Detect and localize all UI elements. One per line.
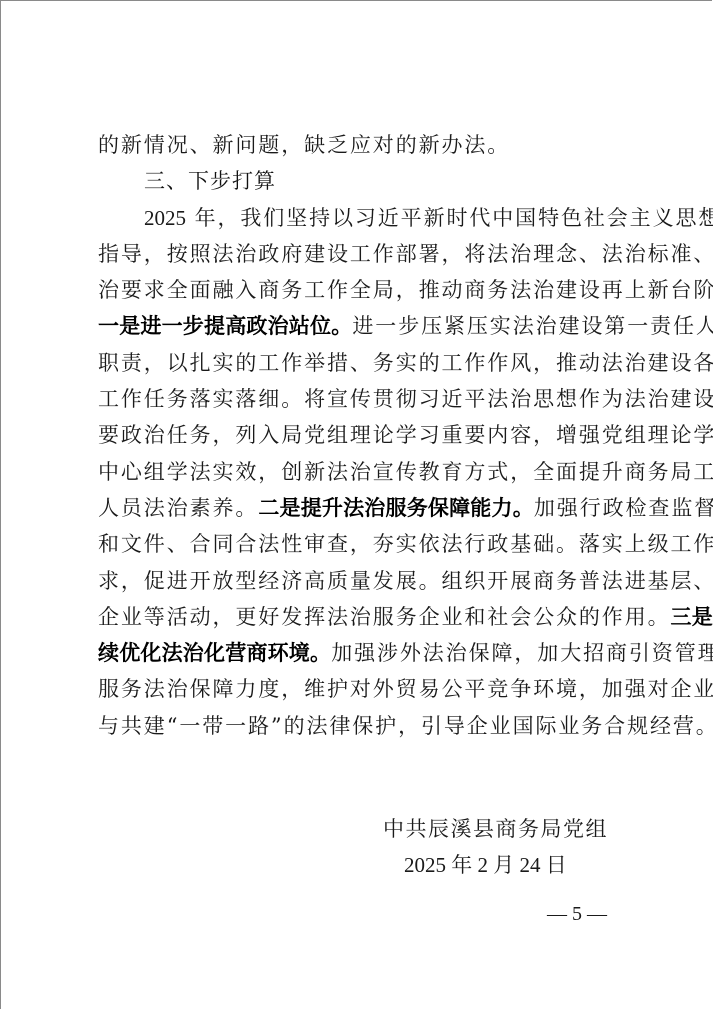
text-run: 人员法治素养。 [98, 496, 258, 520]
text-line: 服务法治保障力度，维护对外贸易公平竞争环境，加强对企业参 [98, 671, 614, 707]
text-run: 加强涉外法治保障，加大招商引资管理 [331, 641, 713, 665]
text-run: 工作任务落实落细。将宣传贯彻习近平法治思想作为法治建设首 [98, 387, 713, 411]
document-page: 的新情况、新问题，缺乏应对的新办法。三、下步打算2025 年，我们坚持以习近平新… [0, 0, 712, 1009]
text-line: 企业等活动，更好发挥法治服务企业和社会公众的作用。三是持 [98, 599, 614, 635]
text-run: 服务法治保障力度，维护对外贸易公平竞争环境，加强对企业参 [98, 677, 713, 701]
text-run: 年，我们坚持以习近平新时代中国特色社会主义思想为 [186, 206, 713, 230]
text-run: 和文件、合同合法性审查，夯实依法行政基础。落实上级工作要 [98, 532, 713, 556]
bold-lead-phrase: 一是进一步提高政治站位。 [98, 314, 352, 338]
text-run: 与共建“一带一路”的法律保护，引导企业国际业务合规经营。 [98, 714, 713, 738]
text-run: 求，促进开放型经济高质量发展。组织开展商务普法进基层、进 [98, 569, 713, 593]
text-run: 2025 [144, 206, 186, 230]
text-line: 和文件、合同合法性审查，夯实依法行政基础。落实上级工作要 [98, 526, 614, 562]
section-heading: 三、下步打算 [144, 169, 276, 193]
text-run: 加强行政检查监督 [534, 496, 713, 520]
bold-lead-phrase: 三是持 [671, 605, 713, 629]
bold-lead-phrase: 续优化法治化营商环境。 [98, 641, 331, 665]
text-run: 进一步压紧压实法治建设第一责任人 [352, 314, 713, 338]
text-run: 的新情况、新问题，缺乏应对的新办法。 [98, 133, 510, 157]
text-run: 指导，按照法治政府建设工作部署，将法治理念、法治标准、法 [98, 242, 713, 266]
document-body: 的新情况、新问题，缺乏应对的新办法。三、下步打算2025 年，我们坚持以习近平新… [98, 127, 614, 744]
text-line: 治要求全面融入商务工作全局，推动商务法治建设再上新台阶。 [98, 272, 614, 308]
text-line: 一是进一步提高政治站位。进一步压紧压实法治建设第一责任人 [98, 308, 614, 344]
text-line: 工作任务落实落细。将宣传贯彻习近平法治思想作为法治建设首 [98, 381, 614, 417]
text-line: 要政治任务，列入局党组理论学习重要内容，增强党组理论学习 [98, 417, 614, 453]
text-run: 企业等活动，更好发挥法治服务企业和社会公众的作用。 [98, 605, 671, 629]
issuer-signature: 中共辰溪县商务局党组 [383, 811, 608, 847]
text-line: 人员法治素养。二是提升法治服务保障能力。加强行政检查监督 [98, 490, 614, 526]
bold-lead-phrase: 二是提升法治服务保障能力。 [258, 496, 534, 520]
text-line: 职责，以扎实的工作举措、务实的工作作风，推动法治建设各项 [98, 345, 614, 381]
text-line: 三、下步打算 [98, 163, 614, 199]
issue-date: 2025 年 2 月 24 日 [404, 847, 567, 883]
text-line: 2025 年，我们坚持以习近平新时代中国特色社会主义思想为 [98, 200, 614, 236]
text-line: 中心组学法实效，创新法治宣传教育方式，全面提升商务局工作 [98, 454, 614, 490]
text-line: 与共建“一带一路”的法律保护，引导企业国际业务合规经营。 [98, 708, 614, 744]
text-run: 治要求全面融入商务工作全局，推动商务法治建设再上新台阶。 [98, 278, 713, 302]
text-line: 求，促进开放型经济高质量发展。组织开展商务普法进基层、进 [98, 563, 614, 599]
text-run: 中心组学法实效，创新法治宣传教育方式，全面提升商务局工作 [98, 460, 713, 484]
page-number: — 5 — [547, 899, 607, 929]
text-run: 职责，以扎实的工作举措、务实的工作作风，推动法治建设各项 [98, 351, 713, 375]
text-line: 指导，按照法治政府建设工作部署，将法治理念、法治标准、法 [98, 236, 614, 272]
text-run: 要政治任务，列入局党组理论学习重要内容，增强党组理论学习 [98, 423, 713, 447]
text-line: 的新情况、新问题，缺乏应对的新办法。 [98, 127, 614, 163]
text-line: 续优化法治化营商环境。加强涉外法治保障，加大招商引资管理 [98, 635, 614, 671]
